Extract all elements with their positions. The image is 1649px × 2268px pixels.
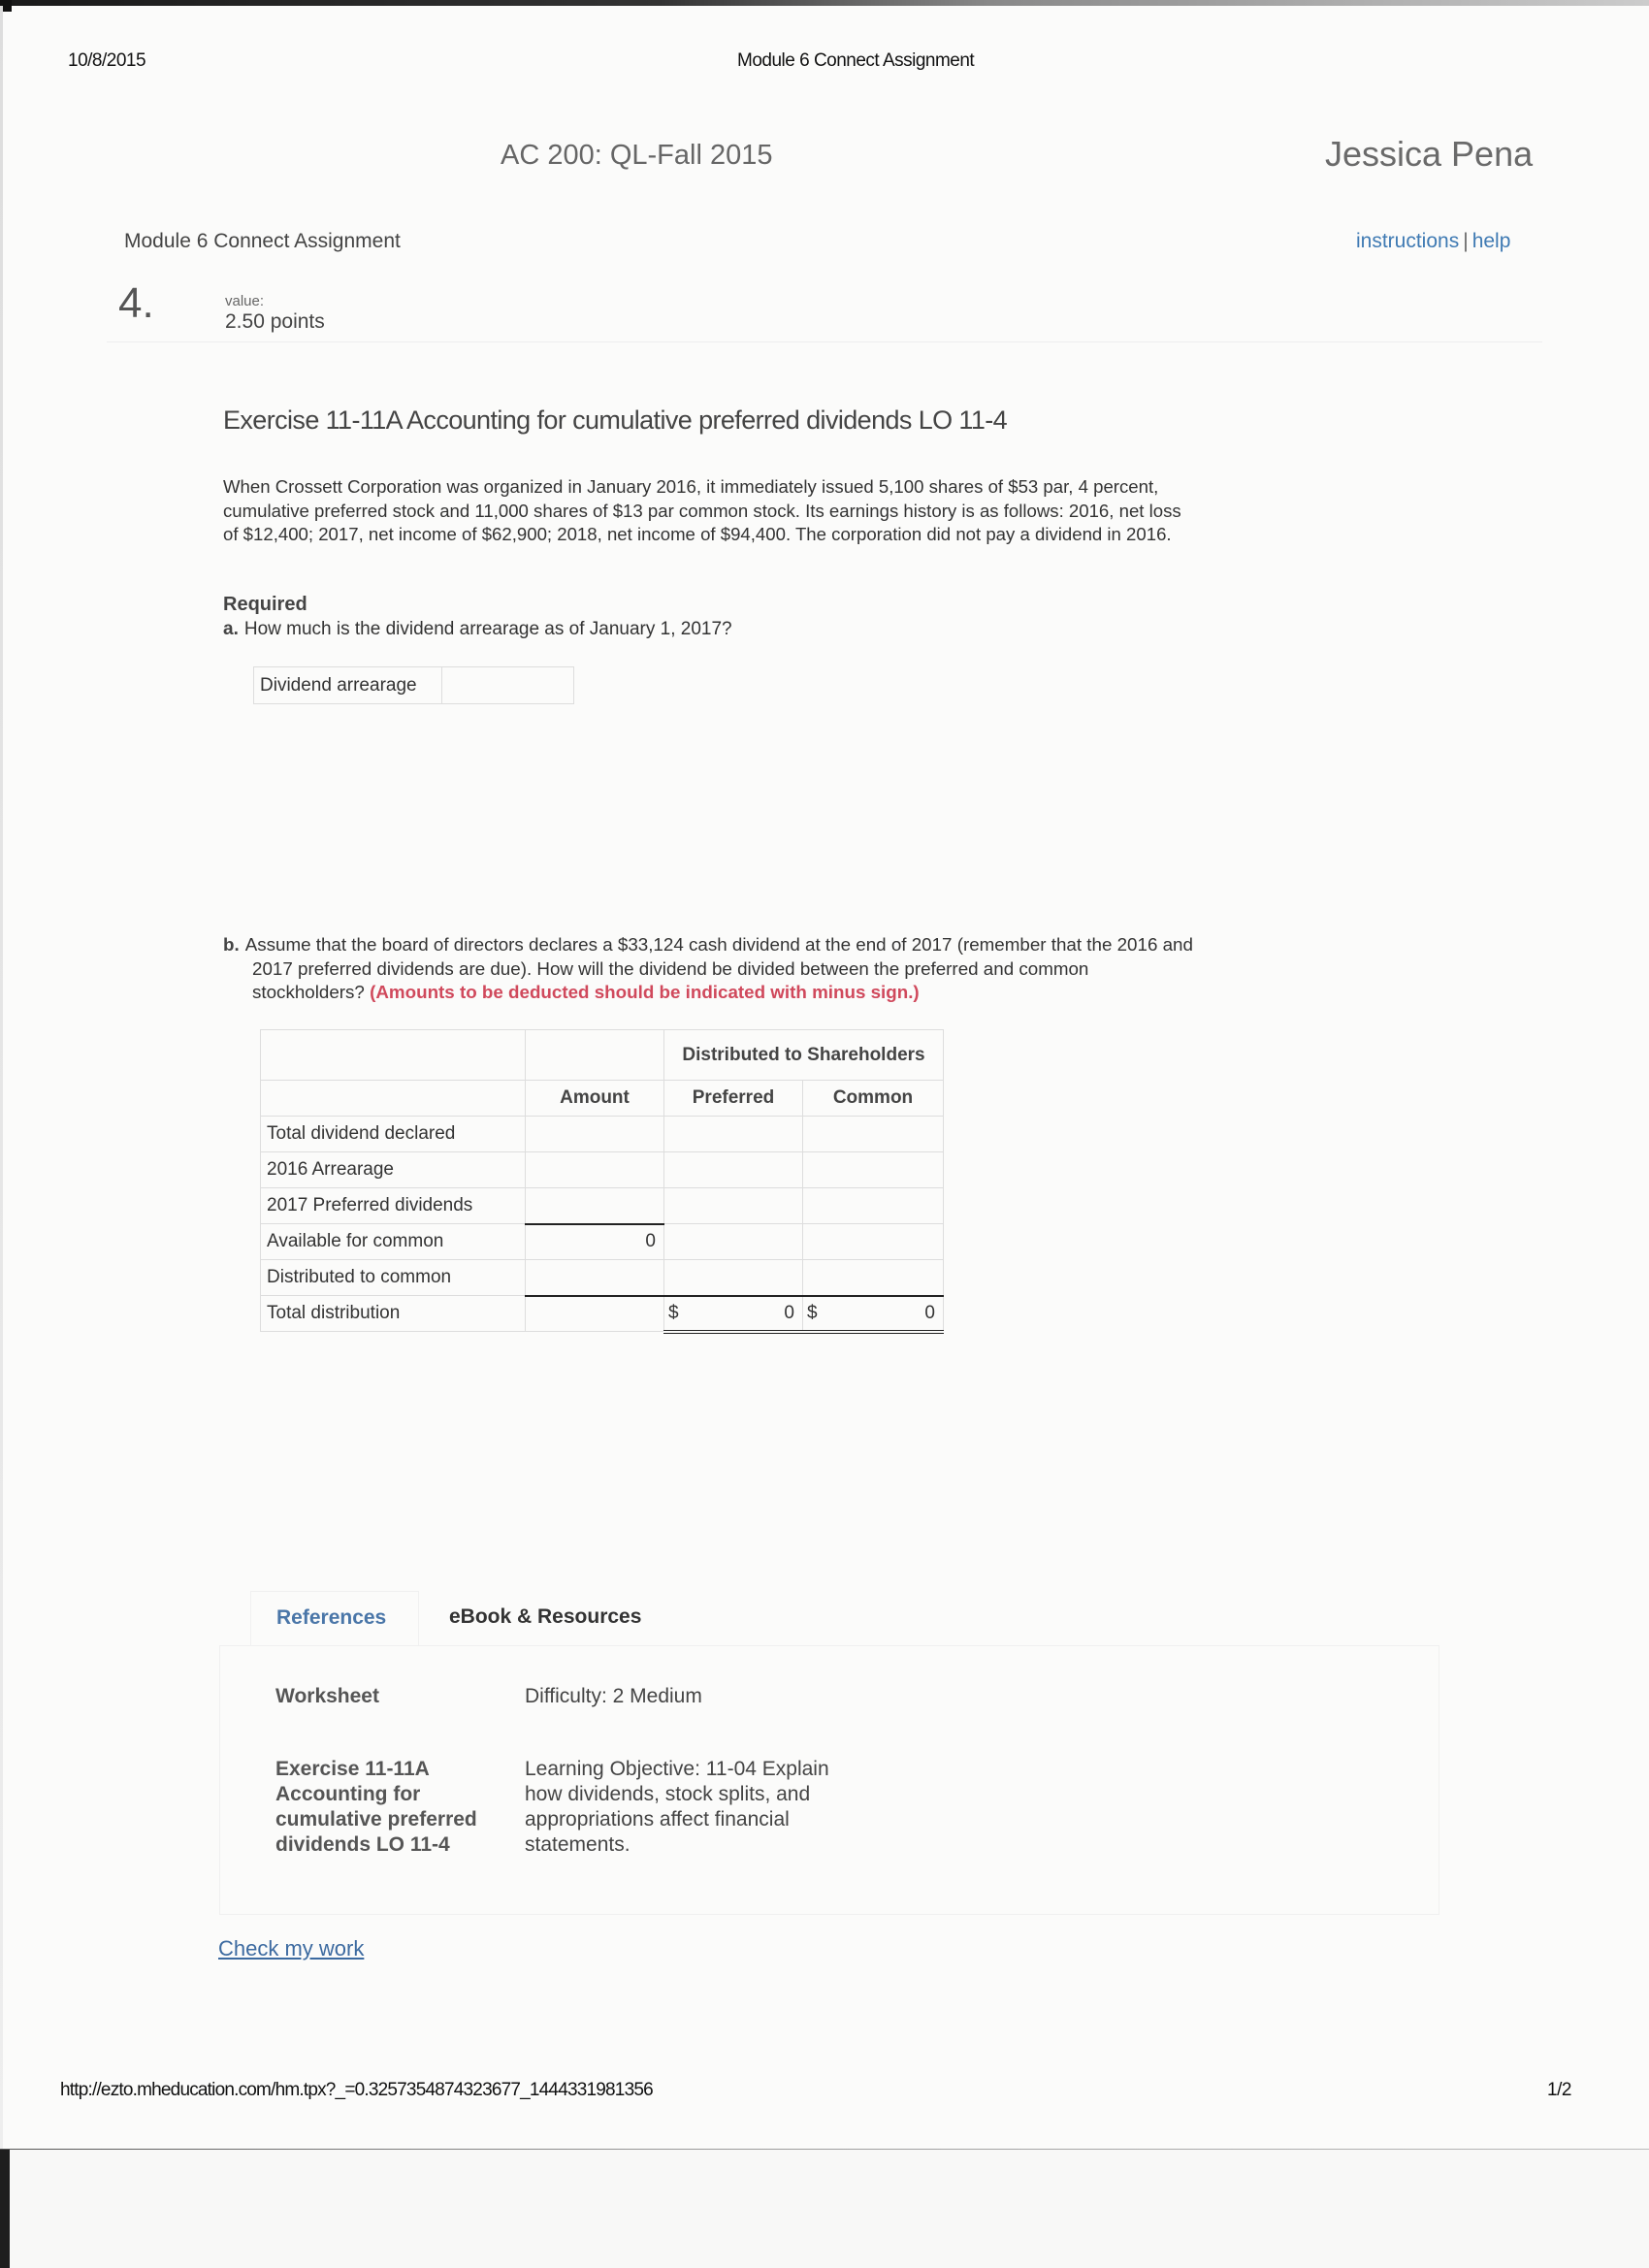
print-page-number: 1/2	[1547, 2080, 1571, 2101]
table-row-total: Total distribution $0 $0	[261, 1296, 944, 1332]
scan-backing	[0, 2150, 1649, 2268]
part-a-letter: a.	[223, 619, 239, 639]
link-separator: |	[1463, 230, 1468, 252]
instructions-link[interactable]: instructions	[1356, 230, 1459, 252]
total-preferred: $0	[664, 1296, 803, 1332]
preferred-input[interactable]	[664, 1153, 802, 1187]
row-label: 2017 Preferred dividends	[261, 1188, 526, 1224]
difficulty: Difficulty: 2 Medium	[525, 1685, 702, 1708]
question-value: 2.50 points	[225, 310, 325, 334]
preferred-input[interactable]	[664, 1225, 802, 1259]
table-row: 2017 Preferred dividends	[261, 1188, 944, 1224]
amount-input[interactable]	[526, 1188, 663, 1222]
group-header: Distributed to Shareholders	[664, 1030, 944, 1081]
part-a-question: a.How much is the dividend arrearage as …	[223, 619, 732, 640]
amount-input[interactable]	[526, 1153, 663, 1187]
print-date: 10/8/2015	[68, 50, 145, 72]
divider	[107, 341, 1542, 342]
column-header-amount: Amount	[526, 1081, 664, 1117]
total-preferred-value: 0	[784, 1303, 794, 1324]
common-input[interactable]	[803, 1225, 943, 1259]
part-b-letter: b.	[223, 934, 240, 955]
table-row: Distributed to common	[261, 1260, 944, 1296]
part-b-note: (Amounts to be deducted should be indica…	[370, 982, 920, 1002]
common-input[interactable]	[803, 1260, 943, 1294]
check-my-work-link[interactable]: Check my work	[218, 1936, 364, 1961]
available-for-common-amount: 0	[526, 1224, 664, 1260]
amount-input[interactable]	[526, 1260, 663, 1294]
total-common-value: 0	[924, 1303, 935, 1324]
row-label: Available for common	[261, 1224, 526, 1260]
common-input[interactable]	[803, 1153, 943, 1187]
print-url: http://ezto.mheducation.com/hm.tpx?_=0.3…	[60, 2080, 653, 2101]
dividend-arrearage-cell	[442, 667, 574, 704]
column-header-preferred: Preferred	[664, 1081, 803, 1117]
row-label: Distributed to common	[261, 1260, 526, 1296]
worksheet-label: Worksheet	[275, 1685, 379, 1708]
row-label: Total dividend declared	[261, 1117, 526, 1152]
question-value-label: value:	[225, 293, 264, 309]
row-label: Total distribution	[261, 1296, 526, 1332]
currency-symbol: $	[807, 1303, 818, 1324]
tab-references[interactable]: References	[250, 1591, 419, 1645]
print-title: Module 6 Connect Assignment	[737, 50, 974, 72]
column-header-common: Common	[803, 1081, 944, 1117]
help-links: instructions|help	[1356, 230, 1510, 253]
dividend-arrearage-table: Dividend arrearage	[253, 666, 574, 704]
learning-objective: Learning Objective: 11-04 Explain how di…	[525, 1757, 845, 1858]
part-a-text: How much is the dividend arrearage as of…	[244, 619, 732, 639]
scan-corner-bottom	[0, 2150, 10, 2268]
row-label: 2016 Arrearage	[261, 1152, 526, 1188]
currency-symbol: $	[668, 1303, 679, 1324]
distribution-table: Distributed to Shareholders Amount Prefe…	[260, 1029, 944, 1334]
preferred-input[interactable]	[664, 1260, 802, 1294]
required-label: Required	[223, 594, 307, 616]
dividend-arrearage-label: Dividend arrearage	[254, 667, 442, 704]
exercise-reference: Exercise 11-11A Accounting for cumulativ…	[275, 1757, 508, 1858]
question-number: 4.	[118, 279, 154, 328]
amount-input[interactable]	[526, 1118, 663, 1151]
common-input[interactable]	[803, 1189, 943, 1223]
scan-edge-left	[0, 6, 3, 2150]
total-common: $0	[803, 1296, 944, 1332]
exercise-body: When Crossett Corporation was organized …	[223, 475, 1193, 547]
help-link[interactable]: help	[1472, 230, 1511, 252]
table-row: 2016 Arrearage	[261, 1152, 944, 1188]
preferred-input[interactable]	[664, 1118, 802, 1151]
course-title: AC 200: QL-Fall 2015	[501, 140, 772, 172]
part-b-question: b.Assume that the board of directors dec…	[223, 933, 1193, 1005]
table-row: Available for common 0	[261, 1224, 944, 1260]
user-name: Jessica Pena	[1325, 134, 1533, 175]
assignment-title: Module 6 Connect Assignment	[124, 230, 401, 253]
common-input[interactable]	[803, 1118, 943, 1151]
tab-references-label: References	[276, 1606, 386, 1630]
exercise-title: Exercise 11-11A Accounting for cumulativ…	[223, 405, 1007, 436]
table-row: Total dividend declared	[261, 1117, 944, 1152]
tab-ebook-resources[interactable]: eBook & Resources	[449, 1605, 641, 1629]
dividend-arrearage-input[interactable]	[442, 668, 573, 703]
preferred-input[interactable]	[664, 1189, 802, 1223]
scan-edge-top	[0, 0, 1649, 6]
